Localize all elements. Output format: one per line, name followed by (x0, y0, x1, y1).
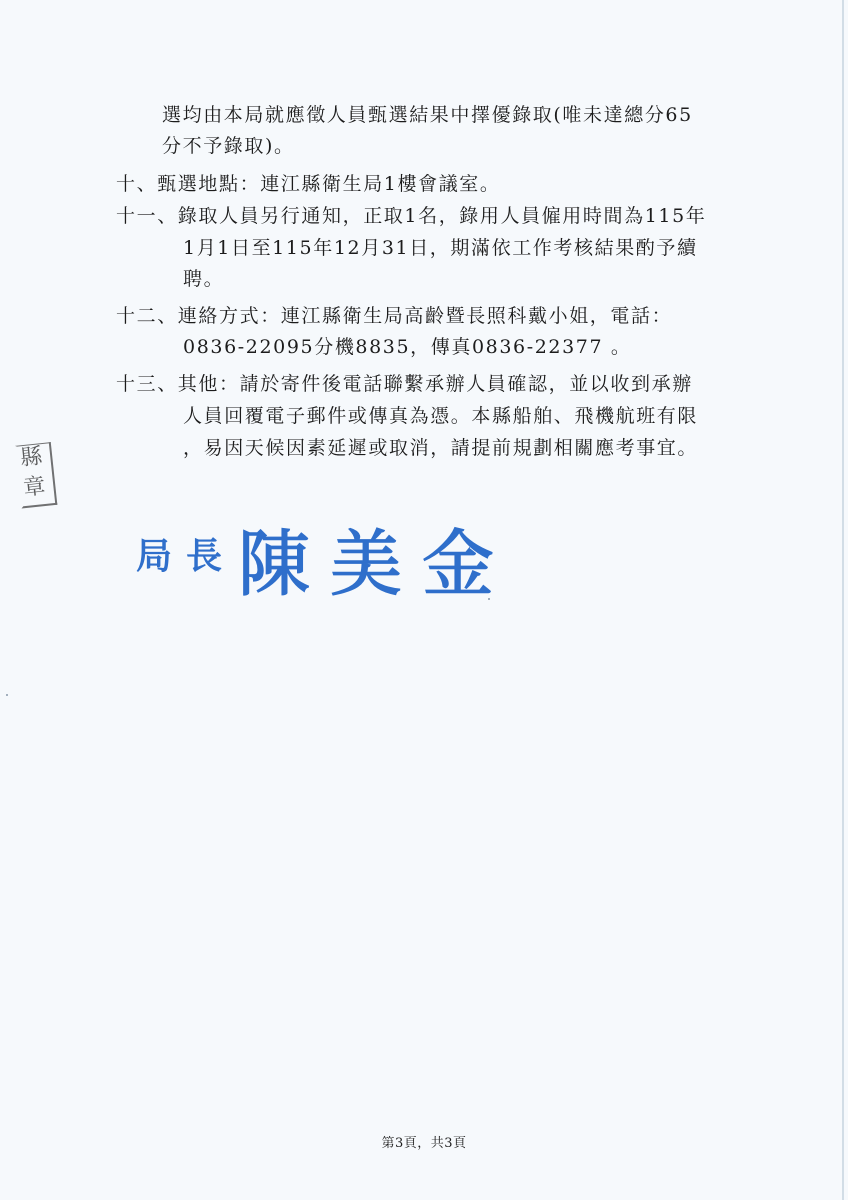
text-line: 聘。 (183, 267, 224, 291)
section-eleven-notification: 十一、錄取人員另行通知，正取1名，錄用人員僱用時間為115年 (116, 204, 706, 228)
seal-stamp-icon: 縣 章 (11, 438, 58, 510)
text-line: 人員回覆電子郵件或傳真為憑。本縣船舶、飛機航班有限 (183, 404, 698, 428)
text-line: ，易因天候因素延遲或取消，請提前規劃相關應考事宜。 (183, 436, 698, 460)
page-number: 第3頁，共3頁 (0, 1132, 848, 1151)
page-edge (842, 0, 844, 1200)
seal-char: 章 (22, 473, 47, 503)
text-line: 選均由本局就應徵人員甄選結果中擇優錄取(唯未達總分65 (162, 103, 693, 127)
scan-speck (488, 598, 490, 600)
scan-speck (6, 694, 8, 696)
section-ten-location: 十、甄選地點：連江縣衛生局1樓會議室。 (116, 172, 501, 196)
section-thirteen-other: 十三、其他：請於寄件後電話聯繫承辦人員確認，並以收到承辦 (116, 372, 693, 396)
section-twelve-contact: 十二、連絡方式：連江縣衛生局高齡暨長照科戴小姐，電話： (116, 304, 672, 328)
seal-char: 縣 (19, 443, 44, 473)
signature-title: 局長 (136, 528, 236, 579)
contact-phone-fax: 0836-22095分機8835，傳真0836-22377 。 (183, 335, 631, 359)
text-line: 1月1日至115年12月31日，期滿依工作考核結果酌予續 (183, 236, 698, 260)
text-line: 分不予錄取)。 (162, 134, 295, 158)
signature-name: 陳美金 (238, 506, 514, 610)
